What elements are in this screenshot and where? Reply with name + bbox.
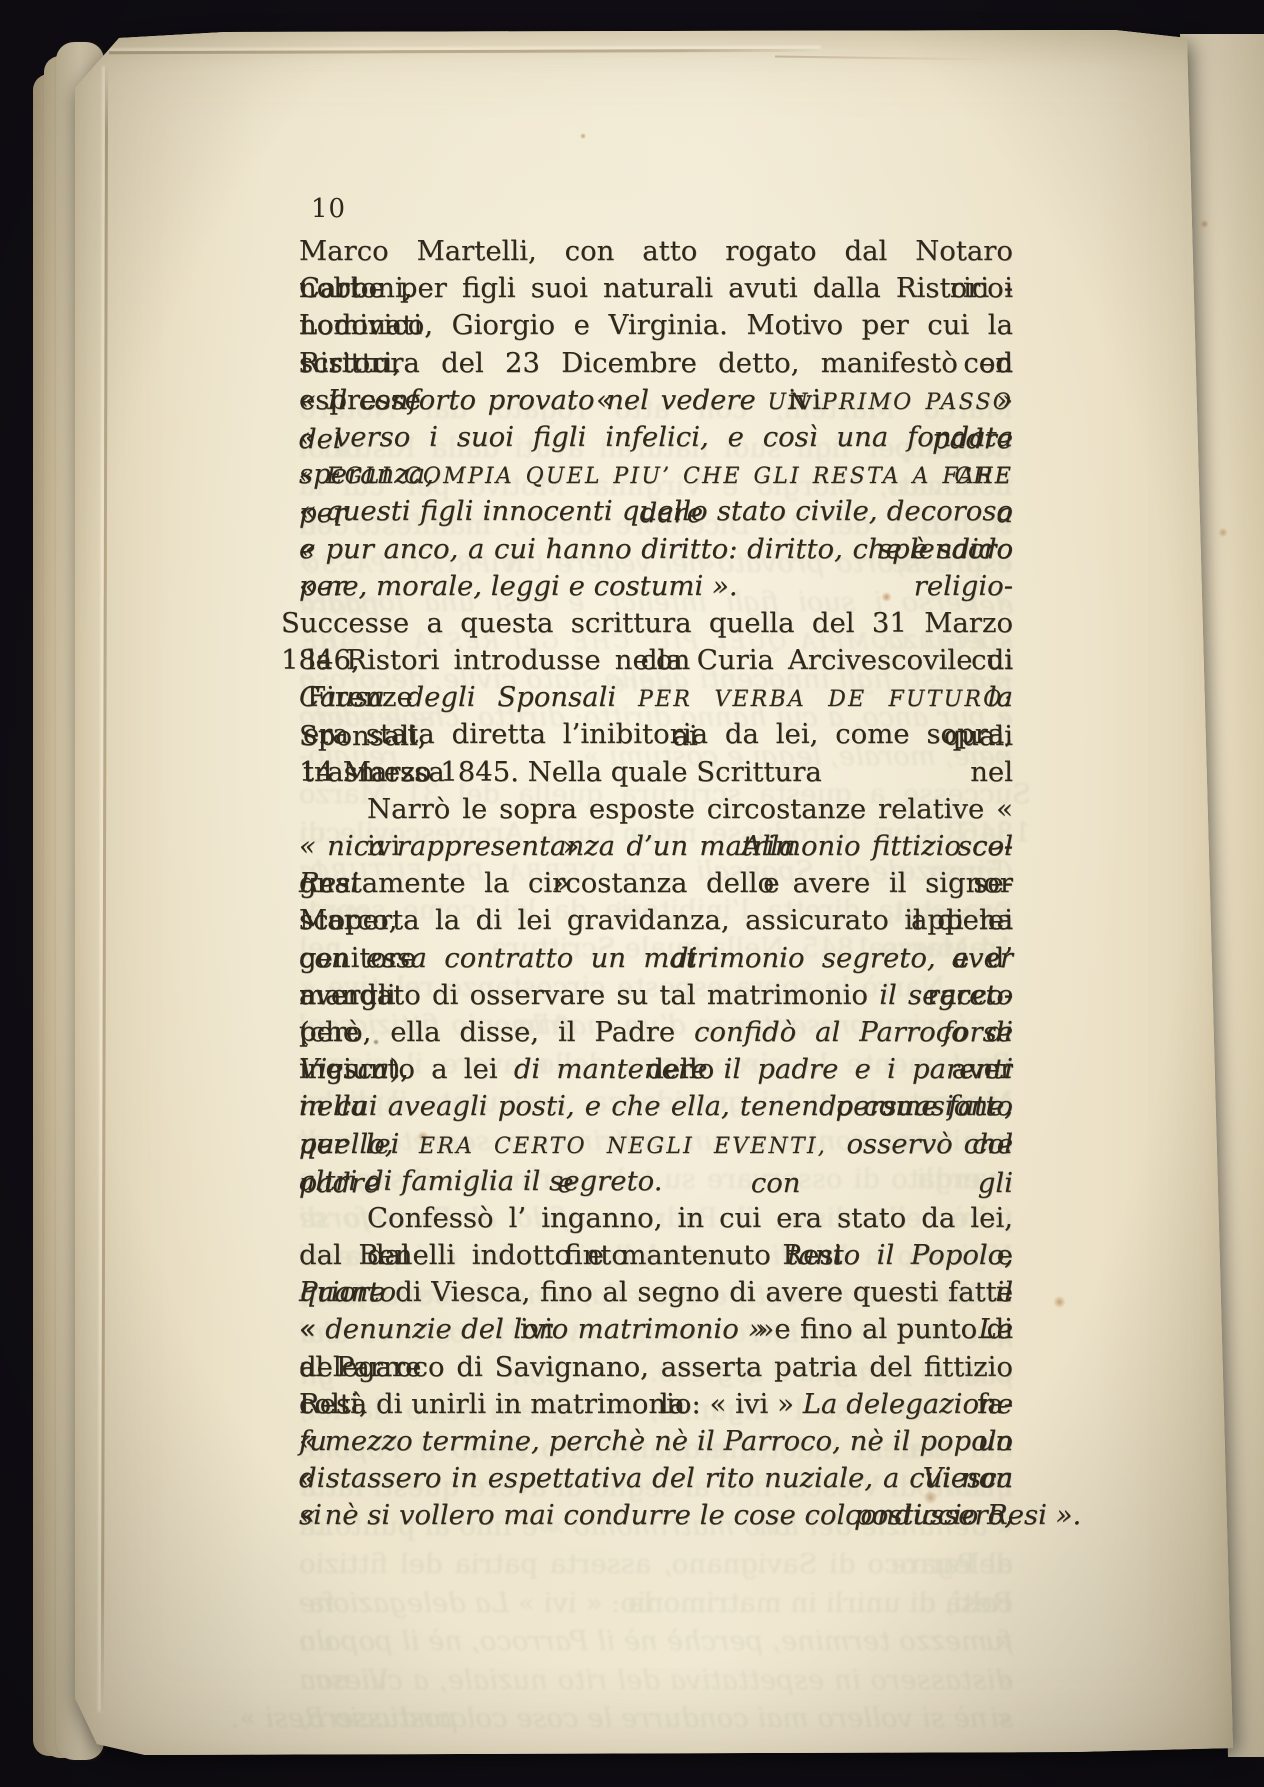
text-segment: « EGLI COMPIA QUEL PIU’ CHE GLI RESTA A … (299, 464, 1013, 489)
text-line: Causa degli Sponsali PER VERBA DE FUTURO… (299, 679, 1013, 716)
text-line: al Parroco di Savignano, asserta patria … (299, 1349, 1013, 1386)
text-line: dal Benelli indotto e mantenuto tanto il… (299, 1237, 1013, 1274)
page-ridge (109, 49, 821, 54)
text-line: con essa contratto un matrimonio segreto… (299, 940, 1013, 977)
text-line: però, ella disse, il Padre confidò al Pa… (299, 1014, 1013, 1051)
text-segment: per lei (299, 1128, 419, 1160)
text-segment: coltà di unirli in matrimonio: « ivi » (299, 1388, 803, 1420)
text-segment: 14 Marzo 1845. Nella quale Scrittura (299, 756, 822, 788)
text-line: « mezzo termine, perchè nè il Parroco, n… (299, 1622, 1013, 1661)
text-segment: ingiunto a lei (299, 1053, 514, 1085)
book-page: Marco Martelli, con atto rogato dal Nota… (75, 30, 1235, 1755)
text-block: Marco Martelli, con atto rogato dal Nota… (299, 233, 1013, 1535)
text-line: era stata diretta l’inibitoria da lei, c… (303, 716, 1013, 753)
text-line: « verso i suoi figli infelici, e così un… (299, 419, 1013, 456)
text-line: « pur anco, a cui hanno diritto: diritto… (299, 531, 1013, 568)
foxing-spot (1053, 1296, 1066, 1308)
text-line: « nè si vollero mai condurre le cose col… (299, 1497, 1013, 1534)
text-segment: « stassero in espettativa del rito nuzia… (299, 1664, 1013, 1735)
text-line: per lei ERA CERTO NEGLI EVENTI, osservò … (299, 1126, 1013, 1163)
text-line: Marco Martelli, con atto rogato dal Nota… (299, 233, 1013, 270)
page-ridge (775, 55, 995, 60)
text-line: gnatamente la circostanza dello avere il… (299, 865, 1013, 902)
text-line: « EGLI COMPIA QUEL PIU’ CHE GLI RESTA A … (299, 456, 1013, 493)
text-line: la Ristori introdusse nella Curia Arcive… (307, 642, 1013, 679)
text-line: « Il conforto provato nel vedere UN PRIM… (299, 382, 1013, 419)
text-line: « stassero in espettativa del rito nuzia… (299, 1460, 1013, 1497)
page-number: 10 (311, 194, 346, 224)
text-segment: mandato di osservare su tal matrimonio (299, 979, 879, 1011)
text-segment: « ne, morale, leggi e costumi ». (299, 570, 738, 602)
text-line: « mezzo termine, perchè nè il Parroco, n… (299, 1423, 1013, 1460)
text-segment: « Il conforto provato nel vedere (299, 384, 767, 416)
text-segment: altri di famiglia il segreto. (299, 1165, 662, 1197)
text-segment: ERA CERTO NEGLI EVENTI, (419, 1134, 827, 1159)
text-line: Successe a questa scrittura quella del 3… (281, 605, 1013, 642)
text-segment: La delegazione fu un (299, 1587, 1013, 1658)
text-line: in cui aveagli posti, e che ella, tenend… (299, 1088, 1013, 1125)
text-segment: « nè si vollero mai condurre le cose col… (299, 1499, 1081, 1531)
text-line: « stassero in espettativa del rito nuzia… (299, 1661, 1013, 1700)
text-segment: « mezzo termine, perchè nè il Parroco, n… (299, 1625, 1013, 1696)
text-segment: Priore (299, 1276, 385, 1308)
text-segment: « nè si vollero mai condurre le cose col… (231, 1702, 1013, 1734)
text-line: mandato di osservare su tal matrimonio i… (299, 977, 1013, 1014)
text-line: « questi figli innocenti quello stato ci… (299, 493, 1013, 530)
text-line: « denunzie del loro matrimonio » e fino … (299, 1311, 1013, 1348)
text-segment: però, ella disse, il Padre (299, 1016, 694, 1048)
text-line: ingiunto a lei di mantenere il padre e i… (299, 1051, 1013, 1088)
foxing-spot (580, 133, 586, 139)
text-line: coltà di unirli in matrimonio: « ivi » L… (299, 1584, 1013, 1623)
text-line: scoperta la di lei gravidanza, assicurat… (299, 902, 1013, 939)
text-segment: Causa degli Sponsali (299, 681, 638, 713)
text-line: Priore di Viesca, fino al segno di avere… (299, 1274, 1013, 1311)
page-ridge (101, 66, 108, 1712)
text-segment: il segreto (879, 979, 1013, 1011)
text-segment: al Parroco di Savignano, asserta patria … (299, 1548, 1013, 1619)
text-line: Narrò le sopra esposte circostanze relat… (367, 791, 1013, 828)
text-line: coltà di unirli in matrimonio: « ivi » L… (299, 1386, 1013, 1423)
text-line: nobbe per figli suoi naturali avuti dall… (299, 270, 1013, 307)
text-line: scrittura del 23 Dicembre detto, manifes… (299, 345, 1013, 382)
scanned-book-photo: { "photo": { "background_color": "#100e1… (0, 0, 1264, 1787)
text-segment: coltà di unirli in matrimonio: « ivi » (509, 1587, 1013, 1619)
paper-surface: Marco Martelli, con atto rogato dal Nota… (75, 30, 1235, 1755)
text-line: « nè si vollero mai condurre le cose col… (299, 1699, 1013, 1738)
text-line: Lodovico, Giorgio e Virginia. Motivo per… (299, 307, 1013, 344)
text-line: al Parroco di Savignano, asserta patria … (299, 1545, 1013, 1584)
text-segment: « denunzie del loro matrimonio » (299, 1313, 765, 1345)
text-segment: PER VERBA DE FUTURO: (638, 687, 1013, 712)
text-line: « nica rappresentanza d’un matrimonio fi… (299, 828, 1013, 865)
text-line: Confessò l’ inganno, in cui era stato da… (367, 1200, 1013, 1237)
text-segment: dal Benelli indotto e mantenuto (299, 1239, 787, 1271)
text-segment: UN PRIMO PASSO (767, 390, 1013, 415)
text-segment: con essa contratto un matrimonio segreto… (299, 942, 936, 974)
